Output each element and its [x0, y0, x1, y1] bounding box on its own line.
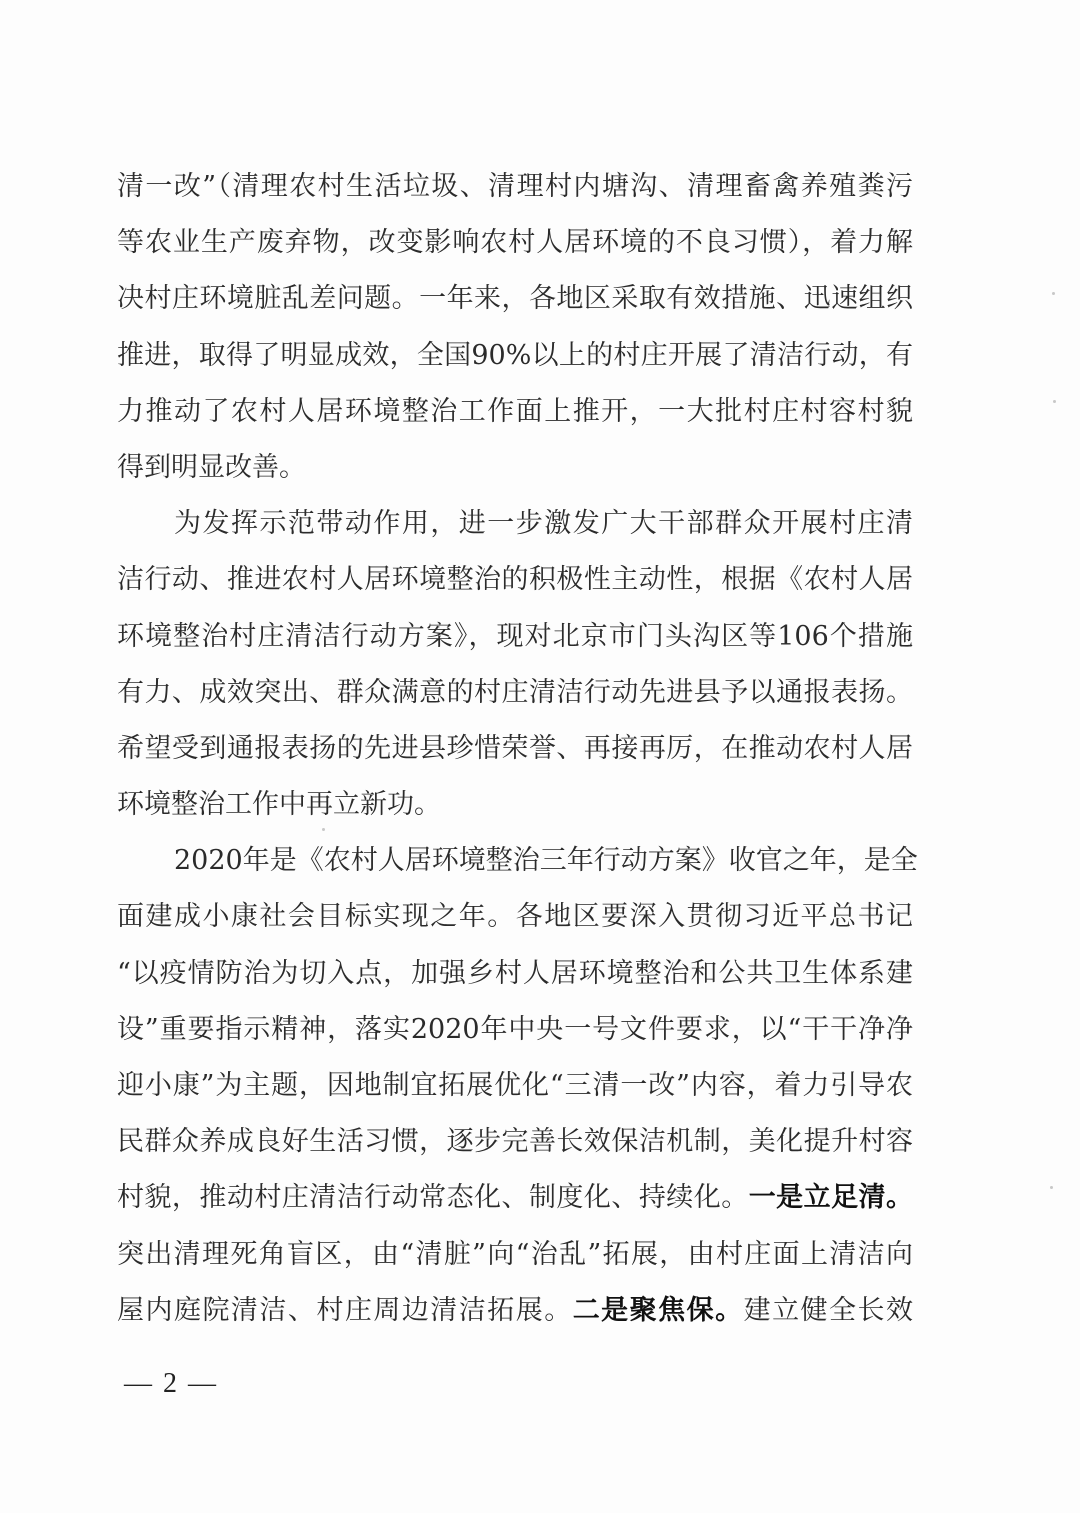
text-line-with-emphasis: 屋内庭院清洁、村庄周边清洁拓展。二是聚焦保。建立健全长效: [117, 1292, 913, 1348]
text-line: 迎小康”为主题，因地制宜拓展优化“三清一改”内容，着力引导农: [117, 1067, 913, 1123]
text-line-with-emphasis: 村貌，推动村庄清洁行动常态化、制度化、持续化。一是立足清。: [117, 1179, 913, 1235]
text-line: “以疫情防治为切入点，加强乡村人居环境整治和公共卫生体系建: [117, 955, 913, 1011]
body-text: 清一改”（清理农村生活垃圾、清理村内塘沟、清理畜禽养殖粪污 等农业生产废弃物，改…: [117, 168, 913, 1348]
scan-speck: [1052, 292, 1055, 295]
text-segment: 村貌，推动村庄清洁行动常态化、制度化、持续化。: [117, 1182, 749, 1213]
text-line: 希望受到通报表扬的先进县珍惜荣誉、再接再厉，在推动农村人居: [117, 730, 913, 786]
text-line: 环境整治工作中再立新功。: [117, 786, 913, 842]
text-line: 有力、成效突出、群众满意的村庄清洁行动先进县予以通报表扬。: [117, 674, 913, 730]
text-line: 环境整治村庄清洁行动方案》，现对北京市门头沟区等106个措施: [117, 618, 913, 674]
text-line: 民群众养成良好生活习惯，逐步完善长效保洁机制，美化提升村容: [117, 1123, 913, 1179]
text-line: 突出清理死角盲区，由“清脏”向“治乱”拓展，由村庄面上清洁向: [117, 1236, 913, 1292]
scan-speck: [1050, 1186, 1053, 1189]
scan-speck: [1053, 400, 1056, 403]
emphasis-heading-second: 二是聚焦保。: [573, 1295, 744, 1326]
page-number: — 2 —: [124, 1368, 218, 1400]
text-segment: 屋内庭院清洁、村庄周边清洁拓展。: [117, 1295, 573, 1326]
text-line: 等农业生产废弃物，改变影响农村人居环境的不良习惯），着力解: [117, 224, 913, 280]
text-line: 决村庄环境脏乱差问题。一年来，各地区采取有效措施、迅速组织: [117, 280, 913, 336]
document-page: 清一改”（清理农村生活垃圾、清理村内塘沟、清理畜禽养殖粪污 等农业生产废弃物，改…: [0, 0, 1080, 1513]
text-line: 面建成小康社会目标实现之年。各地区要深入贯彻习近平总书记: [117, 898, 913, 954]
emphasis-heading-first: 一是立足清。: [749, 1182, 913, 1213]
text-line: 推进，取得了明显成效，全国90%以上的村庄开展了清洁行动，有: [117, 337, 913, 393]
text-line: 清一改”（清理农村生活垃圾、清理村内塘沟、清理畜禽养殖粪污: [117, 168, 913, 224]
scan-speck: [322, 828, 325, 831]
text-line: 力推动了农村人居环境整治工作面上推开，一大批村庄村容村貌: [117, 393, 913, 449]
text-segment: 建立健全长效: [744, 1295, 913, 1326]
text-line: 得到明显改善。: [117, 449, 913, 505]
text-line: 2020年是《农村人居环境整治三年行动方案》收官之年，是全: [117, 842, 913, 898]
text-line: 设”重要指示精神，落实2020年中央一号文件要求，以“干干净净: [117, 1011, 913, 1067]
text-line: 为发挥示范带动作用，进一步激发广大干部群众开展村庄清: [117, 505, 913, 561]
text-line: 洁行动、推进农村人居环境整治的积极性主动性，根据《农村人居: [117, 561, 913, 617]
